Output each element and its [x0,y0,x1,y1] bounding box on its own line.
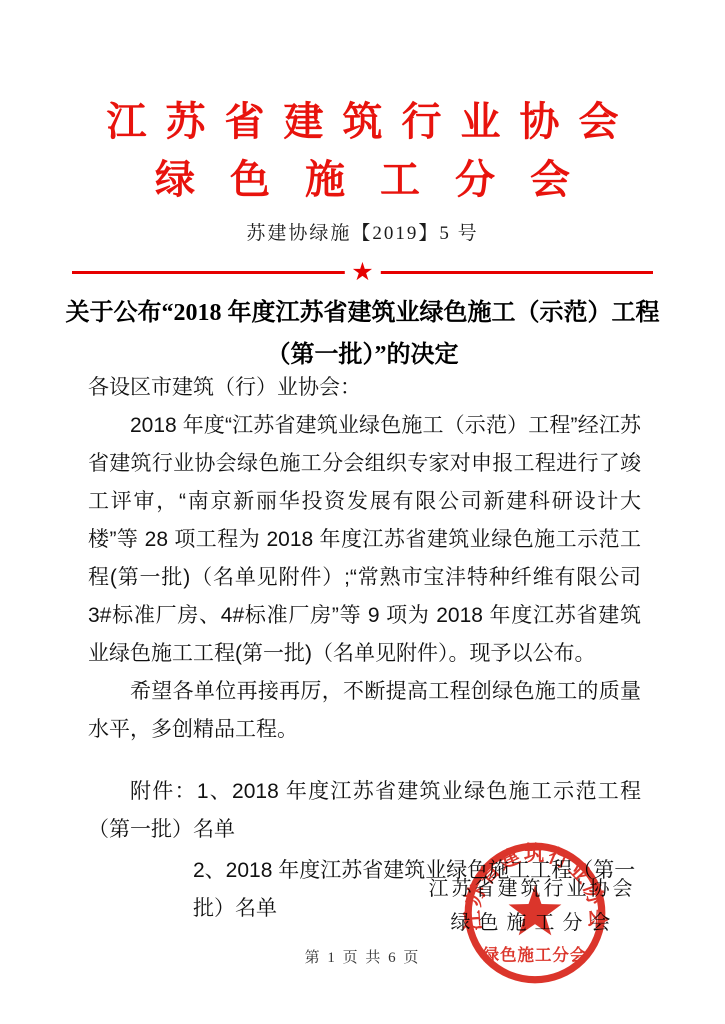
document-title-line1: 关于公布“2018 年度江苏省建筑业绿色施工（示范）工程 [40,292,685,334]
signature-org-line2: 绿色施工分会 [413,906,648,940]
document-body: 各设区市建筑（行）业协会： 2018 年度“江苏省建筑业绿色施工（示范）工程”经… [88,369,641,928]
letterhead-org-line1: 江苏省建筑行业协会 [0,100,725,144]
document-number: 苏建协绿施【2019】5 号 [0,221,725,247]
red-divider: ★ [72,258,653,286]
document-title: 关于公布“2018 年度江苏省建筑业绿色施工（示范）工程 （第一批）”的决定 [40,292,685,376]
salutation: 各设区市建筑（行）业协会： [88,369,641,407]
letterhead-org-line2: 绿色施工分会 [0,158,725,202]
page-footer: 第 1 页 共 6 页 [0,946,725,967]
star-icon: ★ [344,258,380,286]
body-paragraph-1: 2018 年度“江苏省建筑业绿色施工（示范）工程”经江苏省建筑行业协会绿色施工分… [88,407,641,673]
signature-org-line1: 江苏省建筑行业协会 [413,872,648,906]
signature-block: 江苏省建筑行业协会 绿色施工分会 [413,872,648,940]
attachment-item-1: 附件：1、2018 年度江苏省建筑业绿色施工示范工程（第一批）名单 [88,773,641,849]
body-paragraph-2: 希望各单位再接再厉，不断提高工程创绿色施工的质量水平，多创精品工程。 [88,673,641,749]
document-page: 江苏省建筑行业协会 绿色施工分会 苏建协绿施【2019】5 号 ★ 关于公布“2… [0,0,725,1024]
